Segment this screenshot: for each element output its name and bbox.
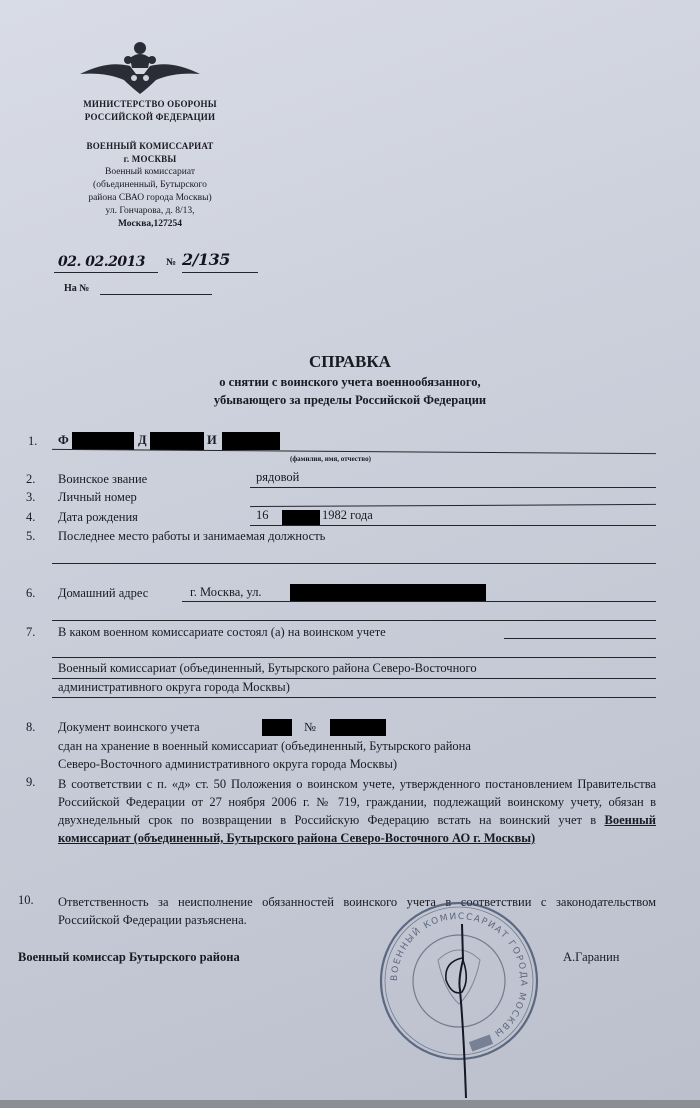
commissariat-line-2: г. МОСКВЫ	[40, 153, 260, 166]
field-3-number: 3.	[26, 490, 35, 505]
redacted-surname	[72, 432, 134, 450]
field-9-body: В соответствии с п. «д» ст. 50 Положения…	[58, 777, 656, 827]
field-3-label: Личный номер	[58, 490, 137, 505]
dept-line-3: района СВАО города Москвы)	[40, 192, 260, 205]
handwritten-signature	[430, 920, 490, 1100]
redacted-birth-month	[282, 510, 320, 525]
field-4-year: 1982 года	[322, 508, 373, 523]
field-7-label: В каком военном комиссариате состоял (а)…	[58, 625, 386, 640]
document-page: МИНИСТЕРСТВО ОБОРОНЫ РОССИЙСКОЙ ФЕДЕРАЦИ…	[0, 0, 700, 1100]
field-2-underline	[250, 487, 656, 488]
handwritten-date: 02. 02.2013	[58, 254, 145, 270]
field-7-number: 7.	[26, 625, 35, 640]
date-number-row: 02. 02.2013 № 2/135	[54, 254, 264, 276]
double-headed-eagle-emblem-icon	[78, 38, 202, 96]
number-underline	[182, 272, 258, 273]
number-sign: №	[166, 257, 176, 268]
document-subtitle-2: убывающего за пределы Российской Федерац…	[150, 393, 550, 408]
redacted-document-number	[330, 719, 386, 736]
patronymic-initial: И	[207, 433, 217, 448]
surname-initial: Ф	[58, 433, 69, 448]
field-1-underline	[52, 449, 656, 455]
name-initial: Д	[138, 433, 147, 448]
field-2-label: Воинское звание	[58, 472, 147, 487]
redacted-document-type	[262, 719, 292, 736]
redacted-name	[150, 432, 204, 450]
document-title: СПРАВКА	[150, 352, 550, 372]
commissariat-header: ВОЕННЫЙ КОМИССАРИАТ г. МОСКВЫ Военный ко…	[40, 140, 260, 231]
field-3-underline	[250, 504, 656, 508]
address-line-1: ул. Гончарова, д. 8/13,	[40, 205, 260, 218]
signatory-position: Военный комиссар Бутырского района	[18, 950, 240, 965]
field-2-value: рядовой	[256, 470, 299, 485]
field-10-number: 10.	[18, 893, 34, 908]
field-4-day: 16	[256, 508, 269, 523]
signatory-name: А.Гаранин	[563, 950, 619, 965]
field-6-underline-2	[52, 620, 656, 621]
field-8-line-2: сдан на хранение в военный комиссариат (…	[58, 739, 471, 754]
field-4-underline	[250, 525, 656, 526]
redacted-street-address	[290, 584, 486, 601]
field-5-underline	[52, 563, 656, 564]
field-6-underline	[182, 601, 656, 602]
field-2-number: 2.	[26, 472, 35, 487]
field-8-line-3: Северо-Восточного административного окру…	[58, 757, 397, 772]
field-1-number: 1.	[28, 434, 37, 449]
dept-line-2: (объединенный, Бутырского	[40, 179, 260, 192]
ministry-header: МИНИСТЕРСТВО ОБОРОНЫ РОССИЙСКОЙ ФЕДЕРАЦИ…	[40, 98, 260, 124]
date-underline	[54, 272, 158, 273]
field-4-label: Дата рождения	[58, 510, 138, 525]
field-7-value-line-1: Военный комиссариат (объединенный, Бутыр…	[58, 661, 477, 676]
field-9-text: В соответствии с п. «д» ст. 50 Положения…	[58, 775, 656, 847]
field-6-value: г. Москва, ул.	[190, 585, 262, 600]
address-line-2: Москва,127254	[40, 218, 260, 231]
field-9-number: 9.	[26, 775, 35, 790]
handwritten-number: 2/135	[182, 250, 230, 269]
ministry-line-1: МИНИСТЕРСТВО ОБОРОНЫ	[40, 98, 260, 111]
field-8-number-sign: №	[304, 720, 316, 735]
field-8-label: Документ воинского учета	[58, 720, 200, 735]
redacted-patronymic	[222, 432, 280, 450]
commissariat-line-1: ВОЕННЫЙ КОМИССАРИАТ	[40, 140, 260, 153]
field-7-underline-short	[504, 638, 656, 639]
ministry-line-2: РОССИЙСКОЙ ФЕДЕРАЦИИ	[40, 111, 260, 124]
field-1-caption: (фамилия, имя, отчество)	[290, 455, 371, 463]
field-8-number: 8.	[26, 720, 35, 735]
field-7-value-line-2: административного округа города Москвы)	[58, 680, 290, 695]
field-6-label: Домашний адрес	[58, 586, 148, 601]
field-6-number: 6.	[26, 586, 35, 601]
field-4-number: 4.	[26, 510, 35, 525]
field-5-label: Последнее место работы и занимаемая долж…	[58, 529, 325, 544]
ref-underline	[100, 294, 212, 295]
field-7-underline-2	[52, 657, 656, 658]
document-subtitle-1: о снятии с воинского учета военнообязанн…	[150, 375, 550, 390]
field-10-text: Ответственность за неисполнение обязанно…	[58, 893, 656, 929]
field-7-underline-4	[52, 697, 656, 698]
field-5-number: 5.	[26, 529, 35, 544]
dept-line-1: Военный комиссариат	[40, 166, 260, 179]
ref-label: На №	[64, 283, 89, 294]
page-bottom-edge	[0, 1100, 700, 1108]
